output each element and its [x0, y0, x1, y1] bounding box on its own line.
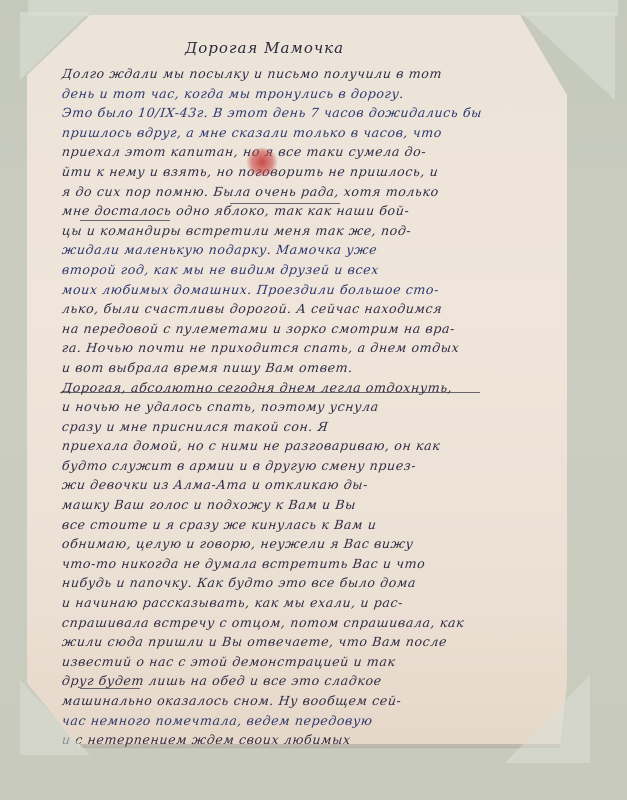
- letter-line: будто служит в армии и в другую смену пр…: [61, 456, 545, 476]
- letter-line: и вот выбрала время пишу Вам ответ.: [61, 358, 545, 378]
- letter-line: жи девочки из Алма-Ата и откликаю ды-: [61, 475, 545, 495]
- letter-line: что-то никогда не думала встретить Вас и…: [61, 554, 545, 574]
- letter-line: второй год, как мы не видим друзей и все…: [61, 260, 545, 280]
- letter-line: Дорогая, абсолютно сегодня днем легла от…: [61, 378, 545, 398]
- letter-line: пришлось вдруг, а мне сказали только в ч…: [61, 123, 545, 143]
- letter-line: га. Ночью почти не приходится спать, а д…: [61, 338, 545, 358]
- letter-line: жили сюда пришли и Вы отвечаете, что Вам…: [61, 632, 545, 652]
- letter-line: час немного помечтала, ведем передовую: [61, 711, 545, 731]
- letter-line: Это было 10/IX-43г. В этот день 7 часов …: [61, 103, 545, 123]
- letter-line: лько, были счастливы дорогой. А сейчас н…: [61, 299, 545, 319]
- letter-line: мне досталось одно яблоко, так как наши …: [61, 201, 545, 221]
- letter-line: обнимаю, целую и говорю, неужели я Вас в…: [61, 534, 545, 554]
- letter-line: нибудь и папочку. Как будто это все было…: [61, 573, 545, 593]
- letter-line: йти к нему и взять, но поговорить не при…: [61, 162, 545, 182]
- letter-line: жидали маленькую подарку. Мамочка уже: [61, 240, 545, 260]
- letter-line: цы и командиры встретили меня так же, по…: [61, 221, 545, 241]
- letter-line: и с нетерпением ждем своих любимых: [61, 730, 545, 750]
- letter-line: моих любимых домашних. Проездили большое…: [61, 280, 545, 300]
- letter-line: машинально оказалось сном. Ну вообщем се…: [61, 691, 545, 711]
- letter-line: все стоите и я сразу же кинулась к Вам и: [61, 515, 545, 535]
- red-stain: [246, 148, 278, 176]
- letter-line: сразу и мне приснился такой сон. Я: [61, 417, 545, 437]
- letter-line: и ночью не удалось спать, поэтому уснула: [61, 397, 545, 417]
- letter-line: спрашивала встречу с отцом, потом спраши…: [61, 613, 545, 633]
- letter-line: я до сих пор помню. Была очень рада, хот…: [61, 182, 545, 202]
- ink-underline: [230, 203, 340, 204]
- letter-line: на передовой с пулеметами и зорко смотри…: [61, 319, 545, 339]
- letter-line: Долго ждали мы посылку и письмо получили…: [61, 64, 545, 84]
- letter-line: машку Ваш голос и подхожу к Вам и Вы: [61, 495, 545, 515]
- letter-body: Долго ждали мы посылку и письмо получили…: [62, 64, 544, 750]
- letter-line: и начинаю рассказывать, как мы ехали, и …: [61, 593, 545, 613]
- letter-line: день и тот час, когда мы тронулись в дор…: [61, 84, 545, 104]
- ink-underline: [60, 392, 480, 393]
- letter-line: приехал этот капитан, но я все таки суме…: [61, 142, 545, 162]
- ink-underline: [80, 688, 140, 689]
- letter-line: известий о нас с этой демонстрацией и та…: [61, 652, 545, 672]
- letter-salutation: Дорогая Мамочка: [185, 39, 344, 57]
- letter-line: приехала домой, но с ними не разговарива…: [61, 436, 545, 456]
- ink-underline: [80, 220, 170, 221]
